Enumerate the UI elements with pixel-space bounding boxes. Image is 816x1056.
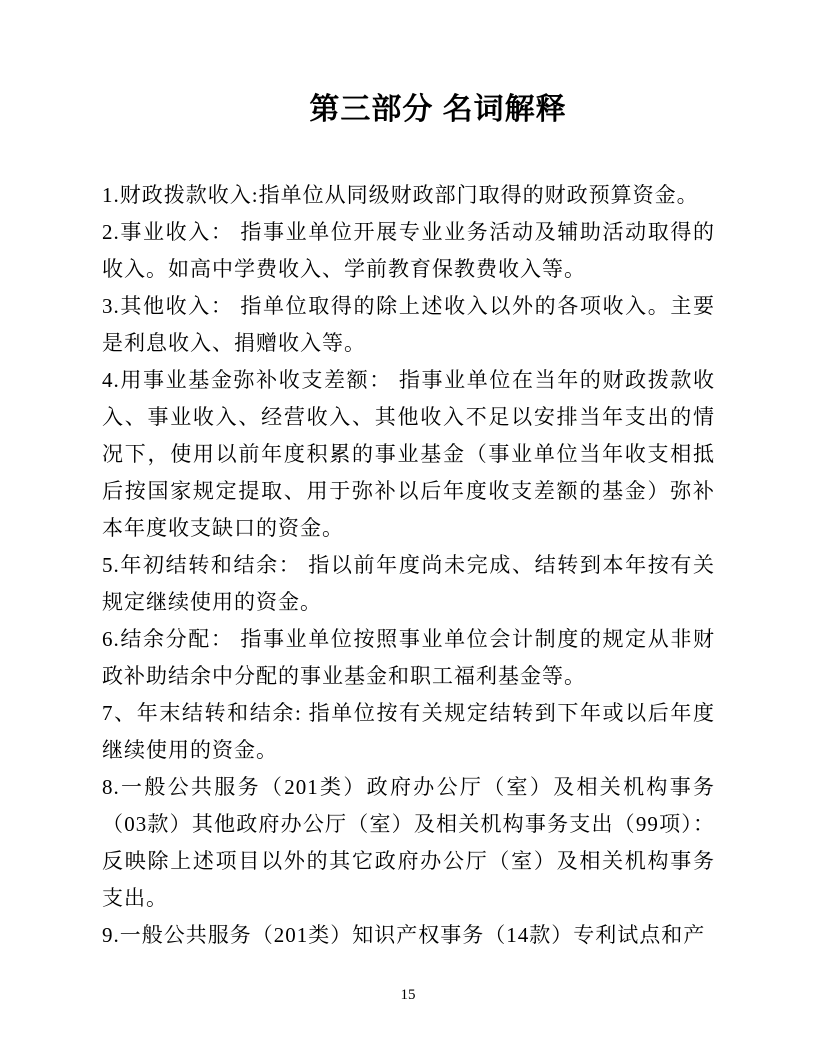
definition-paragraph: 5.年初结转和结余： 指以前年度尚未完成、结转到本年按有关规定继续使用的资金。: [102, 547, 715, 621]
section-title: 第三部分 名词解释: [0, 90, 816, 130]
definition-paragraph: 7、年末结转和结余: 指单位按有关规定结转到下年或以后年度继续使用的资金。: [102, 695, 715, 769]
document-page: 第三部分 名词解释 1.财政拨款收入:指单位从同级财政部门取得的财政预算资金。2…: [0, 0, 816, 1056]
definition-paragraph: 1.财政拨款收入:指单位从同级财政部门取得的财政预算资金。: [102, 177, 715, 214]
page-number: 15: [0, 986, 816, 1004]
definition-paragraph: 3.其他收入： 指单位取得的除上述收入以外的各项收入。主要是利息收入、捐赠收入等…: [102, 288, 715, 362]
definition-paragraph: 2.事业收入： 指事业单位开展专业业务活动及辅助活动取得的收入。如高中学费收入、…: [102, 214, 715, 288]
definition-paragraph: 4.用事业基金弥补收支差额： 指事业单位在当年的财政拨款收入、事业收入、经营收入…: [102, 362, 715, 547]
definition-paragraph: 8.一般公共服务（201类）政府办公厅（室）及相关机构事务（03款）其他政府办公…: [102, 769, 715, 917]
definitions-list: 1.财政拨款收入:指单位从同级财政部门取得的财政预算资金。2.事业收入： 指事业…: [102, 177, 715, 954]
definition-paragraph: 9.一般公共服务（201类）知识产权事务（14款）专利试点和产: [102, 917, 715, 954]
definition-paragraph: 6.结余分配： 指事业单位按照事业单位会计制度的规定从非财政补助结余中分配的事业…: [102, 621, 715, 695]
